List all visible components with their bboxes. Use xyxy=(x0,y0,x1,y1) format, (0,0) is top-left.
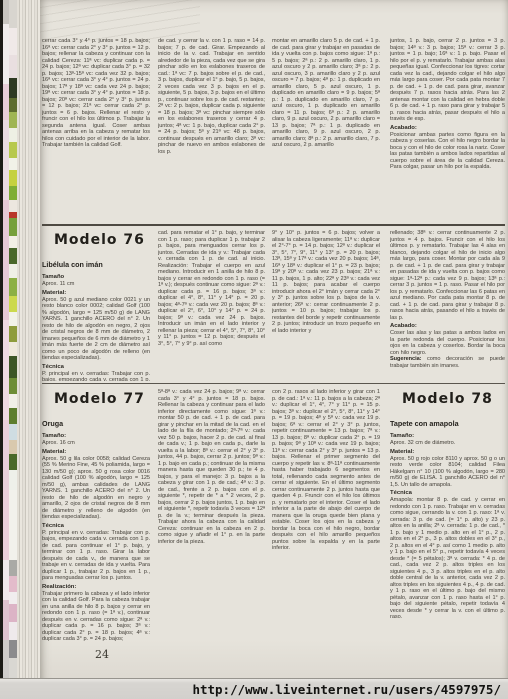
photo-fragment xyxy=(9,356,17,378)
tamano-label: Tamaño xyxy=(42,274,150,281)
tamano-value: Aprox. 11 cm xyxy=(42,281,150,288)
tecnica-text: P. principal en v. cerradas: Trabajar co… xyxy=(42,371,150,382)
top-col3-text: montar en amarillo claro 5 p. de cad. + … xyxy=(272,38,380,149)
photo-fragment xyxy=(9,470,17,490)
page-number: 24 xyxy=(95,648,109,661)
photo-fragment xyxy=(9,342,17,356)
modelo-76-col2-text: cad. para rematar el 1° p. bajo, y termi… xyxy=(158,230,265,347)
photo-fragment xyxy=(9,408,17,424)
photo-fragment xyxy=(9,200,17,212)
photo-fragment xyxy=(9,278,17,296)
photo-fragment xyxy=(9,454,17,470)
top-col4-acabado-text: Posicionar ambas partes como figura en l… xyxy=(390,132,505,171)
scanned-magazine-page: cerrar cada 3° y 4° p. juntos = 18 p. ba… xyxy=(0,0,508,699)
page-stack-lines xyxy=(40,0,200,42)
modelo-78-title: Modelo 78 xyxy=(402,391,505,407)
magazine-page: cerrar cada 3° y 4° p. juntos = 18 p. ba… xyxy=(40,0,508,699)
modelo-76-col3-text: 9° y 10° p. juntos = 6 p. bajos; volver … xyxy=(272,230,380,334)
photo-fragment xyxy=(9,394,17,408)
modelo-76-section: Modelo 76 Libélula con imán Tamaño Aprox… xyxy=(40,230,508,381)
photo-fragment xyxy=(9,55,17,78)
modelo-76-sugerencia: Sugerencia: como decoración se puede tra… xyxy=(390,356,505,369)
photo-fragment xyxy=(9,112,17,128)
photo-fragment xyxy=(9,218,17,236)
tamano-value: Aprox. 32 cm de diámetro. xyxy=(390,440,505,447)
modelo-76-col4-text: rellenado; 38ª v.: cerrar continuamente … xyxy=(390,230,505,321)
photo-fragment xyxy=(9,440,17,454)
photo-fragment xyxy=(9,264,17,278)
modelo-77-col2-text: 5ª-8ª v.: cada vez 24 p. bajos; 9ª v.: c… xyxy=(158,389,265,545)
photo-fragment xyxy=(9,98,17,112)
watermark-url: http://www.liveinternet.ru/users/4597975… xyxy=(192,682,501,697)
realizacion-label: Realización: xyxy=(42,584,150,591)
modelo-76-subtitle: Libélula con imán xyxy=(42,260,150,269)
photo-fragment xyxy=(9,592,17,604)
photo-fragment xyxy=(9,312,17,326)
acabado-heading: Acabado: xyxy=(390,323,505,330)
photo-fragment xyxy=(9,490,17,560)
modelo-76-title: Modelo 76 xyxy=(54,232,150,248)
top-col1-text: cerrar cada 3° y 4° p. juntos = 18 p. ba… xyxy=(42,38,150,149)
top-section: cerrar cada 3° y 4° p. juntos = 18 p. ba… xyxy=(40,38,508,224)
photo-fragment xyxy=(9,236,17,248)
tecnica-text: P. principal en v. cerradas: Trabajar co… xyxy=(42,530,150,582)
photo-fragment xyxy=(9,296,17,312)
bottom-section: Modelo 77 Oruga Tamaño: Aprox. 16 cm Mat… xyxy=(40,389,508,670)
photo-fragment xyxy=(9,158,17,170)
acabado-heading: Acabado: xyxy=(390,125,505,132)
watermark-bar: http://www.liveinternet.ru/users/4597975… xyxy=(0,678,508,699)
photo-fragment xyxy=(9,0,17,28)
material-text: Aprox. 50 g lila color 0058; calidad Cer… xyxy=(42,456,150,521)
photo-fragment xyxy=(9,170,17,186)
tecnica-label: Técnica xyxy=(390,490,505,497)
material-label: Material: xyxy=(42,290,150,297)
tamano-value: Aprox. 16 cm xyxy=(42,440,150,447)
modelo-76-acabado-text: Coser las alas y las patas a ambos lados… xyxy=(390,330,505,356)
tamano-label: Tamaño: xyxy=(390,433,505,440)
photo-fragment xyxy=(9,326,17,342)
tecnica-label: Técnica xyxy=(42,364,150,371)
section-divider-rule xyxy=(42,224,505,226)
photo-fragment xyxy=(9,248,17,264)
modelo-77-subtitle: Oruga xyxy=(42,419,150,428)
section-divider-rule xyxy=(42,383,505,384)
photo-fragment xyxy=(9,378,17,394)
sugerencia-label: Sugerencia: xyxy=(390,356,421,362)
adjacent-page-photo-strip xyxy=(9,0,17,699)
photo-fragment xyxy=(9,424,17,440)
photo-fragment xyxy=(9,142,17,158)
stacked-page-edges xyxy=(17,0,40,699)
material-label: Material: xyxy=(42,449,150,456)
modelo-77-col3-text: con 2 p. rasos al lado inferior y girar … xyxy=(272,389,380,552)
photo-fragment xyxy=(9,78,17,98)
photo-fragment xyxy=(9,622,17,640)
top-col4-text: juntos, 1 p. bajo, cerrar 2 p. juntos = … xyxy=(390,38,505,123)
material-text: Aprox. 50 g azul mediano color 0021 y un… xyxy=(42,297,150,362)
photo-fragment xyxy=(9,128,17,142)
photo-fragment xyxy=(9,576,17,592)
modelo-78-subtitle: Tapete con amapola xyxy=(390,419,505,428)
photo-fragment xyxy=(9,560,17,576)
realizacion-text: Trabajar primero la cabeza y el lado inf… xyxy=(42,591,150,643)
top-col2-text: de cad. y cerrar la v. con 1 p. raso = 1… xyxy=(158,38,265,155)
material-text: Aprox. 50 g rojo color 8110 y aprox. 50 … xyxy=(390,456,505,489)
tecnica-text: Amapola: montar 8 p. de cad. y cerrar en… xyxy=(390,497,505,621)
photo-fragment xyxy=(9,28,17,55)
tecnica-label: Técnica xyxy=(42,523,150,530)
material-label: Material: xyxy=(390,449,505,456)
modelo-77-title: Modelo 77 xyxy=(54,391,150,407)
photo-fragment xyxy=(9,186,17,200)
photo-fragment xyxy=(9,604,17,622)
tamano-label: Tamaño: xyxy=(42,433,150,440)
photo-fragment xyxy=(9,640,17,658)
